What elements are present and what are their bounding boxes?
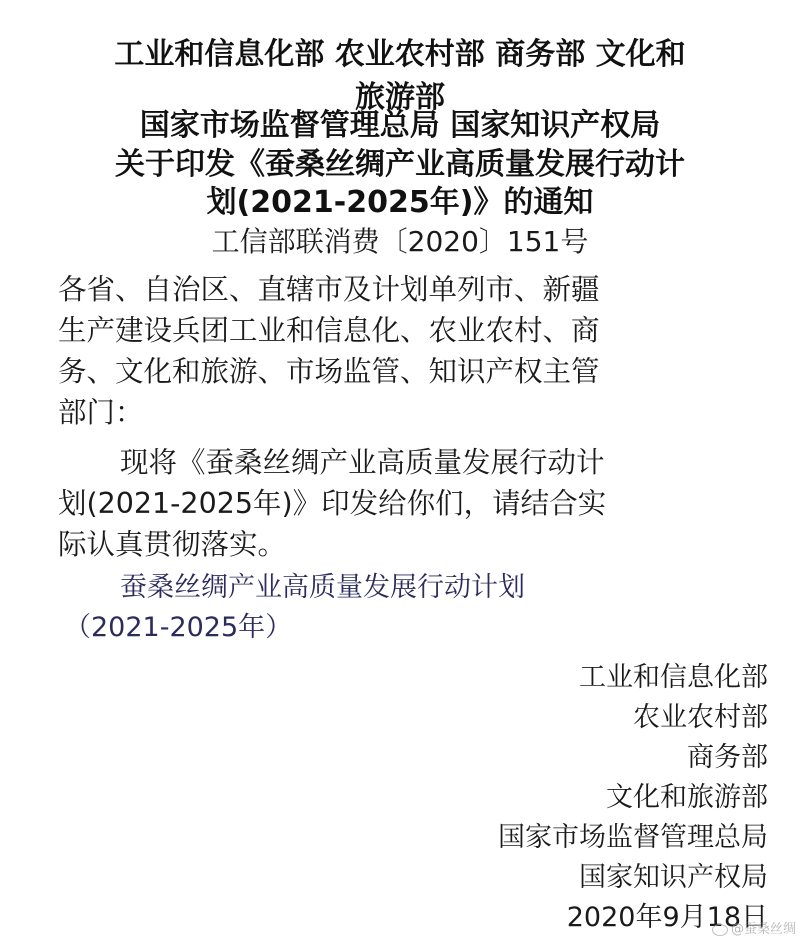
notice-title-line-2: 划(2021-2025年)》的通知 — [0, 184, 800, 222]
signatory: 文化和旅游部 — [606, 780, 768, 816]
recipients-line: 生产建设兵团工业和信息化、农业农村、商 — [58, 311, 600, 351]
watermark: @蚕桑丝绸 — [712, 918, 796, 937]
signatory: 商务部 — [687, 740, 768, 776]
notice-title-line-1: 关于印发《蚕桑丝绸产业高质量发展行动计 — [0, 146, 800, 184]
signatory: 农业农村部 — [633, 700, 768, 736]
body-line: 际认真贯彻落实。 — [58, 525, 286, 565]
document-number: 工信部联消费〔2020〕151号 — [0, 224, 800, 260]
body-line: 现将《蚕桑丝绸产业高质量发展行动计 — [120, 443, 605, 483]
attachment-title-line-1: 蚕桑丝绸产业高质量发展行动计划 — [120, 570, 525, 606]
signatory: 工业和信息化部 — [579, 660, 768, 696]
recipients-line: 部门： — [58, 393, 144, 433]
recipients-line: 务、文化和旅游、市场监管、知识产权主管 — [58, 352, 600, 392]
signatory: 国家知识产权局 — [579, 860, 768, 896]
weibo-icon — [712, 924, 728, 936]
issuers-line-1: 工业和信息化部 农业农村部 商务部 文化和 — [0, 36, 800, 74]
attachment-title-line-2: （2021-2025年） — [64, 610, 292, 646]
watermark-text: @蚕桑丝绸 — [731, 922, 796, 937]
issuers-line-3: 国家市场监督管理总局 国家知识产权局 — [0, 107, 800, 145]
signatory: 国家市场监督管理总局 — [498, 820, 768, 856]
body-line: 划(2021-2025年)》印发给你们，请结合实 — [58, 484, 606, 524]
recipients-line: 各省、自治区、直辖市及计划单列市、新疆 — [58, 270, 600, 310]
notice-document: 工业和信息化部 农业农村部 商务部 文化和 旅游部 国家市场监督管理总局 国家知… — [0, 0, 800, 946]
